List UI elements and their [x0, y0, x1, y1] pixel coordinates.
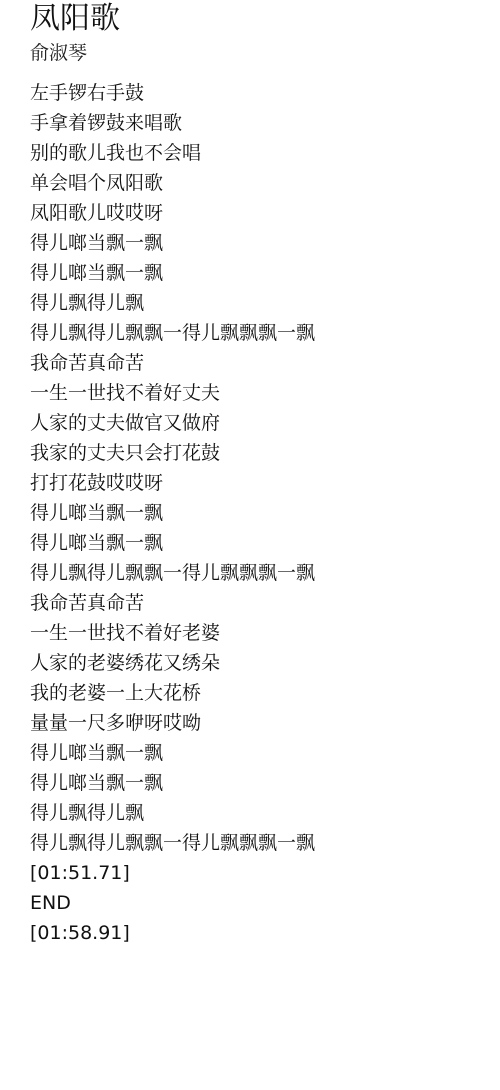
song-title: 凤阳歌 [30, 0, 120, 38]
lyric-line: 我命苦真命苦 [30, 588, 315, 618]
lyric-line: 得儿啷当飘一飘 [30, 738, 315, 768]
lyric-line: 得儿飘得儿飘 [30, 798, 315, 828]
lyric-line: 量量一尺多咿呀哎呦 [30, 708, 315, 738]
timestamp: [01:51.71] [30, 858, 315, 888]
lyric-line: 凤阳歌儿哎哎呀 [30, 198, 315, 228]
lyric-line: 得儿啷当飘一飘 [30, 228, 315, 258]
lyric-line: 一生一世找不着好丈夫 [30, 378, 315, 408]
lyric-line: 得儿飘得儿飘飘一得儿飘飘飘一飘 [30, 828, 315, 858]
lyric-line: 我命苦真命苦 [30, 348, 315, 378]
lyric-line: 得儿飘得儿飘 [30, 288, 315, 318]
lyric-line: 单会唱个凤阳歌 [30, 168, 315, 198]
lyric-line: 左手锣右手鼓 [30, 78, 315, 108]
lyric-line: 一生一世找不着好老婆 [30, 618, 315, 648]
lyric-line: 我家的丈夫只会打花鼓 [30, 438, 315, 468]
lyrics-list: 左手锣右手鼓 手拿着锣鼓来唱歌 别的歌儿我也不会唱 单会唱个凤阳歌 凤阳歌儿哎哎… [30, 78, 315, 948]
lyric-line: 得儿啷当飘一飘 [30, 768, 315, 798]
lyric-line: 得儿啷当飘一飘 [30, 258, 315, 288]
lyric-line: 手拿着锣鼓来唱歌 [30, 108, 315, 138]
end-marker: END [30, 888, 315, 918]
lyric-line: 别的歌儿我也不会唱 [30, 138, 315, 168]
lyric-line: 得儿飘得儿飘飘一得儿飘飘飘一飘 [30, 558, 315, 588]
lyric-line: 人家的老婆绣花又绣朵 [30, 648, 315, 678]
lyric-line: 得儿飘得儿飘飘一得儿飘飘飘一飘 [30, 318, 315, 348]
lyric-line: 打打花鼓哎哎呀 [30, 468, 315, 498]
lyric-line: 人家的丈夫做官又做府 [30, 408, 315, 438]
lyric-line: 得儿啷当飘一飘 [30, 498, 315, 528]
lyric-line: 我的老婆一上大花桥 [30, 678, 315, 708]
artist-name: 俞淑琴 [30, 40, 87, 66]
timestamp: [01:58.91] [30, 918, 315, 948]
lyric-line: 得儿啷当飘一飘 [30, 528, 315, 558]
